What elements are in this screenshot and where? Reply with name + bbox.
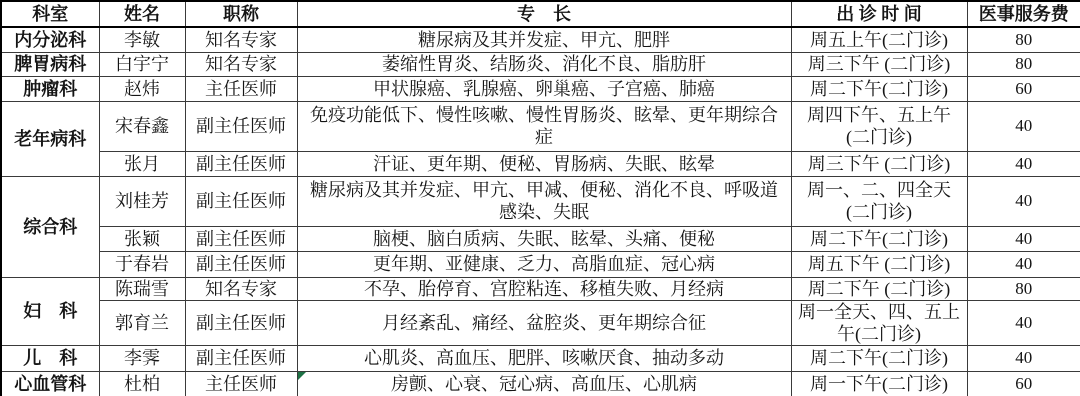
- dept-cell: 儿 科: [1, 345, 99, 371]
- specialty-cell: 免疫功能低下、慢性咳嗽、慢性胃肠炎、眩晕、更年期综合症: [297, 101, 791, 151]
- fee-cell: 40: [967, 251, 1080, 277]
- column-header-1: 姓名: [99, 1, 185, 27]
- name-cell: 郭育兰: [99, 300, 185, 345]
- table-row: 肿瘤科赵炜主任医师甲状腺癌、乳腺癌、卵巢癌、子宫癌、肺癌周二下午(二门诊)60: [1, 76, 1080, 101]
- fee-cell: 40: [967, 345, 1080, 371]
- specialty-cell: 糖尿病及其并发症、甲亢、甲减、便秘、消化不良、呼吸道感染、失眠: [297, 176, 791, 226]
- time-cell: 周五下午 (二门诊): [791, 251, 967, 277]
- table-row: 心血管科杜柏主任医师房颤、心衰、冠心病、高血压、心肌病周一下午(二门诊)60: [1, 371, 1080, 396]
- time-cell: 周一全天、四、五上午(二门诊): [791, 300, 967, 345]
- dept-cell: 内分泌科: [1, 27, 99, 52]
- table-row: 内分泌科李敏知名专家糖尿病及其并发症、甲亢、肥胖周五上午(二门诊)80: [1, 27, 1080, 52]
- fee-cell: 40: [967, 101, 1080, 151]
- time-cell: 周二下午(二门诊): [791, 345, 967, 371]
- name-cell: 刘桂芳: [99, 176, 185, 226]
- name-cell: 陈瑞雪: [99, 277, 185, 300]
- specialty-cell: 心肌炎、高血压、肥胖、咳嗽厌食、抽动多动: [297, 345, 791, 371]
- column-header-2: 职称: [185, 1, 297, 27]
- dept-cell: 老年病科: [1, 101, 99, 176]
- time-cell: 周二下午(二门诊): [791, 226, 967, 251]
- column-header-4: 出 诊 时 间: [791, 1, 967, 27]
- name-cell: 于春岩: [99, 251, 185, 277]
- title-cell: 副主任医师: [185, 176, 297, 226]
- table-row: 张月副主任医师汗证、更年期、便秘、胃肠病、失眠、眩晕周三下午 (二门诊)40: [1, 151, 1080, 176]
- dept-cell: 脾胃病科: [1, 52, 99, 76]
- table-row: 张颖副主任医师脑梗、脑白质病、失眠、眩晕、头痛、便秘周二下午(二门诊)40: [1, 226, 1080, 251]
- specialty-cell: 汗证、更年期、便秘、胃肠病、失眠、眩晕: [297, 151, 791, 176]
- specialty-cell: 不孕、胎停育、宫腔粘连、移植失败、月经病: [297, 277, 791, 300]
- title-cell: 副主任医师: [185, 300, 297, 345]
- name-cell: 白宇宁: [99, 52, 185, 76]
- time-cell: 周三下午 (二门诊): [791, 52, 967, 76]
- table-body: 内分泌科李敏知名专家糖尿病及其并发症、甲亢、肥胖周五上午(二门诊)80脾胃病科白…: [1, 27, 1080, 396]
- table-row: 老年病科宋春鑫副主任医师免疫功能低下、慢性咳嗽、慢性胃肠炎、眩晕、更年期综合症周…: [1, 101, 1080, 151]
- specialty-cell: 糖尿病及其并发症、甲亢、肥胖: [297, 27, 791, 52]
- specialty-cell: 萎缩性胃炎、结肠炎、消化不良、脂肪肝: [297, 52, 791, 76]
- time-cell: 周一、二、四全天(二门诊): [791, 176, 967, 226]
- fee-cell: 80: [967, 52, 1080, 76]
- specialty-cell: 房颤、心衰、冠心病、高血压、心肌病: [297, 371, 791, 396]
- fee-cell: 60: [967, 76, 1080, 101]
- name-cell: 李霁: [99, 345, 185, 371]
- doctor-schedule-table: 科室姓名职称专 长出 诊 时 间医事服务费 内分泌科李敏知名专家糖尿病及其并发症…: [0, 0, 1080, 396]
- name-cell: 宋春鑫: [99, 101, 185, 151]
- specialty-cell: 更年期、亚健康、乏力、高脂血症、冠心病: [297, 251, 791, 277]
- dept-cell: 肿瘤科: [1, 76, 99, 101]
- title-cell: 主任医师: [185, 371, 297, 396]
- specialty-cell: 脑梗、脑白质病、失眠、眩晕、头痛、便秘: [297, 226, 791, 251]
- fee-cell: 80: [967, 277, 1080, 300]
- time-cell: 周三下午 (二门诊): [791, 151, 967, 176]
- dept-cell: 综合科: [1, 176, 99, 277]
- time-cell: 周五上午(二门诊): [791, 27, 967, 52]
- title-cell: 副主任医师: [185, 101, 297, 151]
- fee-cell: 40: [967, 176, 1080, 226]
- name-cell: 张颖: [99, 226, 185, 251]
- name-cell: 赵炜: [99, 76, 185, 101]
- name-cell: 张月: [99, 151, 185, 176]
- title-cell: 知名专家: [185, 52, 297, 76]
- fee-cell: 40: [967, 226, 1080, 251]
- fee-cell: 40: [967, 300, 1080, 345]
- name-cell: 李敏: [99, 27, 185, 52]
- time-cell: 周二下午 (二门诊): [791, 277, 967, 300]
- title-cell: 知名专家: [185, 27, 297, 52]
- time-cell: 周一下午(二门诊): [791, 371, 967, 396]
- table-row: 儿 科李霁副主任医师心肌炎、高血压、肥胖、咳嗽厌食、抽动多动周二下午(二门诊)4…: [1, 345, 1080, 371]
- title-cell: 知名专家: [185, 277, 297, 300]
- column-header-3: 专 长: [297, 1, 791, 27]
- fee-cell: 80: [967, 27, 1080, 52]
- title-cell: 主任医师: [185, 76, 297, 101]
- fee-cell: 60: [967, 371, 1080, 396]
- fee-cell: 40: [967, 151, 1080, 176]
- title-cell: 副主任医师: [185, 226, 297, 251]
- table-row: 妇 科陈瑞雪知名专家不孕、胎停育、宫腔粘连、移植失败、月经病周二下午 (二门诊)…: [1, 277, 1080, 300]
- table-row: 综合科刘桂芳副主任医师糖尿病及其并发症、甲亢、甲减、便秘、消化不良、呼吸道感染、…: [1, 176, 1080, 226]
- dept-cell: 妇 科: [1, 277, 99, 345]
- cell-corner-flag-icon: [298, 372, 306, 380]
- dept-cell: 心血管科: [1, 371, 99, 396]
- time-cell: 周二下午(二门诊): [791, 76, 967, 101]
- specialty-cell: 月经紊乱、痛经、盆腔炎、更年期综合征: [297, 300, 791, 345]
- title-cell: 副主任医师: [185, 345, 297, 371]
- time-cell: 周四下午、五上午(二门诊): [791, 101, 967, 151]
- table-row: 郭育兰副主任医师月经紊乱、痛经、盆腔炎、更年期综合征周一全天、四、五上午(二门诊…: [1, 300, 1080, 345]
- column-header-0: 科室: [1, 1, 99, 27]
- header-row: 科室姓名职称专 长出 诊 时 间医事服务费: [1, 1, 1080, 27]
- title-cell: 副主任医师: [185, 251, 297, 277]
- specialty-cell: 甲状腺癌、乳腺癌、卵巢癌、子宫癌、肺癌: [297, 76, 791, 101]
- table-row: 脾胃病科白宇宁知名专家萎缩性胃炎、结肠炎、消化不良、脂肪肝周三下午 (二门诊)8…: [1, 52, 1080, 76]
- title-cell: 副主任医师: [185, 151, 297, 176]
- name-cell: 杜柏: [99, 371, 185, 396]
- table-row: 于春岩副主任医师更年期、亚健康、乏力、高脂血症、冠心病周五下午 (二门诊)40: [1, 251, 1080, 277]
- column-header-5: 医事服务费: [967, 1, 1080, 27]
